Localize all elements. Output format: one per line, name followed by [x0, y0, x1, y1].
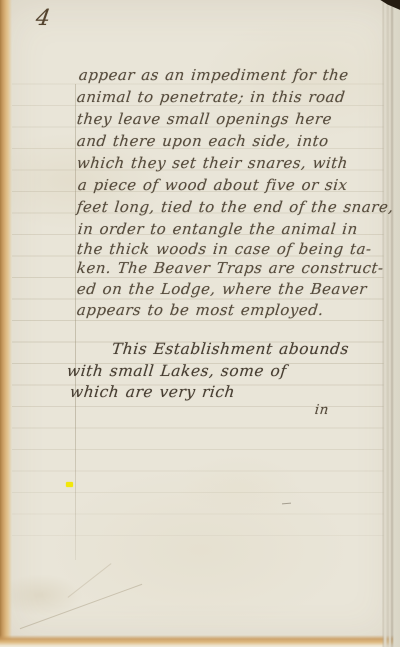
handwriting-line: ken. The Beaver Traps are construct- — [76, 259, 385, 277]
handwriting-line: ed on the Lodge, where the Beaver — [76, 280, 368, 298]
handwriting-line: which they set their snares, with — [76, 154, 349, 172]
handwriting-line: the thick woods in case of being ta- — [76, 240, 373, 258]
binding-edge-left — [0, 0, 12, 647]
handwriting-line: appears to be most employed. — [76, 301, 325, 319]
page-stack-edge — [382, 0, 400, 647]
yellow-mark — [66, 482, 73, 487]
handwriting-line: feet long, tied to the end of the snare, — [76, 198, 395, 216]
paper-crease — [20, 584, 143, 629]
paper-crease — [68, 563, 112, 598]
handwriting-line: animal to penetrate; in this road — [76, 88, 346, 106]
page-number: 4 — [34, 6, 52, 31]
book-edge-bottom — [0, 635, 400, 647]
handwriting-line: a piece of wood about five or six — [77, 176, 348, 194]
handwriting-line: This Establishment abounds — [111, 340, 350, 358]
handwriting-line: and there upon each side, into — [76, 132, 330, 150]
handwriting-line: appear as an impediment for the — [78, 66, 350, 84]
handwriting-line: in order to entangle the animal in — [77, 220, 359, 238]
manuscript-page-scan: 4 appear as an impediment for the animal… — [0, 0, 400, 647]
catchword: in — [314, 402, 330, 418]
handwriting-line: they leave small openings here — [76, 110, 333, 128]
handwriting-line: which are very rich — [69, 383, 236, 401]
margin-rule-line — [75, 84, 76, 560]
handwriting-line: with small Lakes, some of — [66, 362, 288, 380]
